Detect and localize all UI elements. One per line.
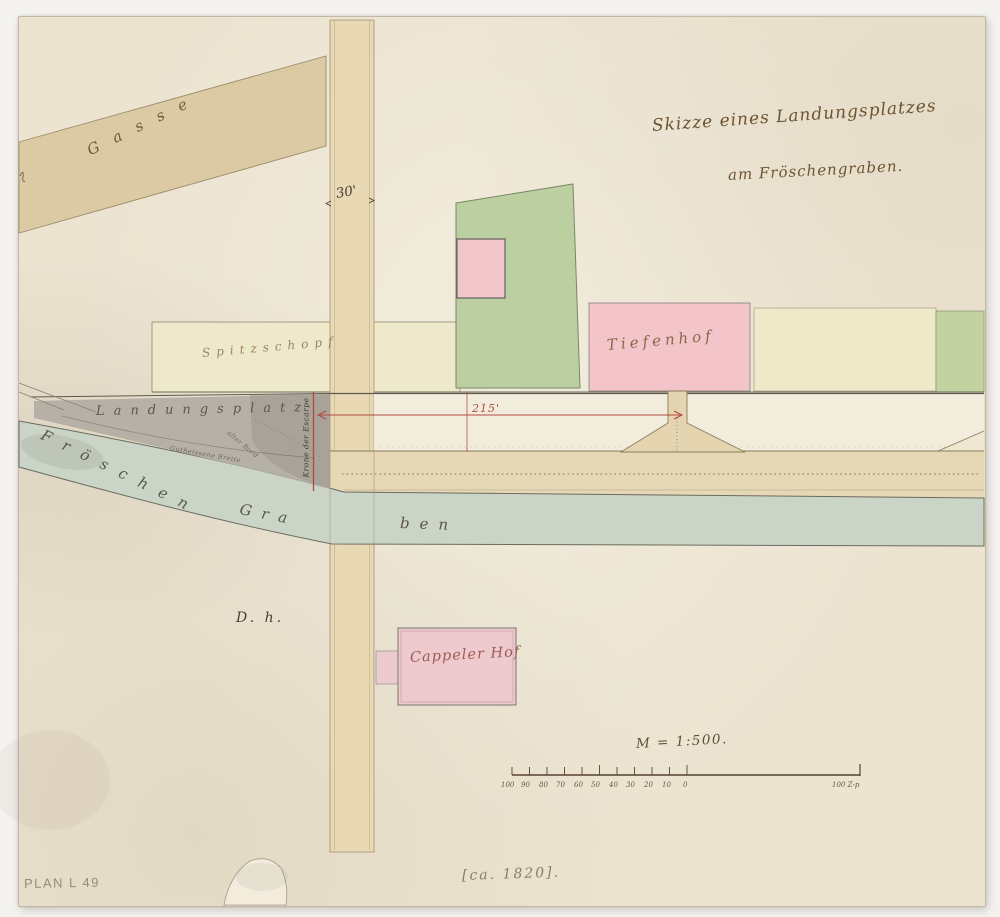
scale-tick: 70 [556,781,565,789]
scale-tick: 0 [683,781,687,789]
canal-name-ben: ben [400,514,459,534]
scanned-plan-sheet: Skizze eines Landungsplatzes am Fröschen… [0,0,1000,917]
dimension-215-label: 215' [472,402,500,415]
scale-tick: 30 [626,781,635,789]
scale-tick: 80 [539,781,548,789]
plan-drawing [0,0,1000,917]
spitzschopf-building [152,322,460,392]
date-annotation: [ca. 1820]. [462,865,561,884]
scale-tick: 60 [574,781,583,789]
right-green-parcel [936,311,984,392]
scale-tick: 50 [591,781,600,789]
dh-abbreviation-label: D. h. [236,610,284,626]
street-strip [330,20,374,852]
right-yellow-parcel [754,308,936,391]
pink-inset-building [457,239,505,298]
scale-end-label: 100 Z-p [832,781,859,789]
gasse-road [19,56,326,233]
scale-tick: 10 [662,781,671,789]
scale-tick: 100 [501,781,514,789]
scale-tick: 90 [521,781,530,789]
scale-tick: 20 [644,781,653,789]
scale-bar [512,764,860,776]
krone-der-escarpe-label: Krone der Escarpe [302,390,311,486]
archive-number-label: PLAN L 49 [24,875,100,891]
cappeler-hof-building [376,628,516,705]
scale-tick: 40 [609,781,618,789]
